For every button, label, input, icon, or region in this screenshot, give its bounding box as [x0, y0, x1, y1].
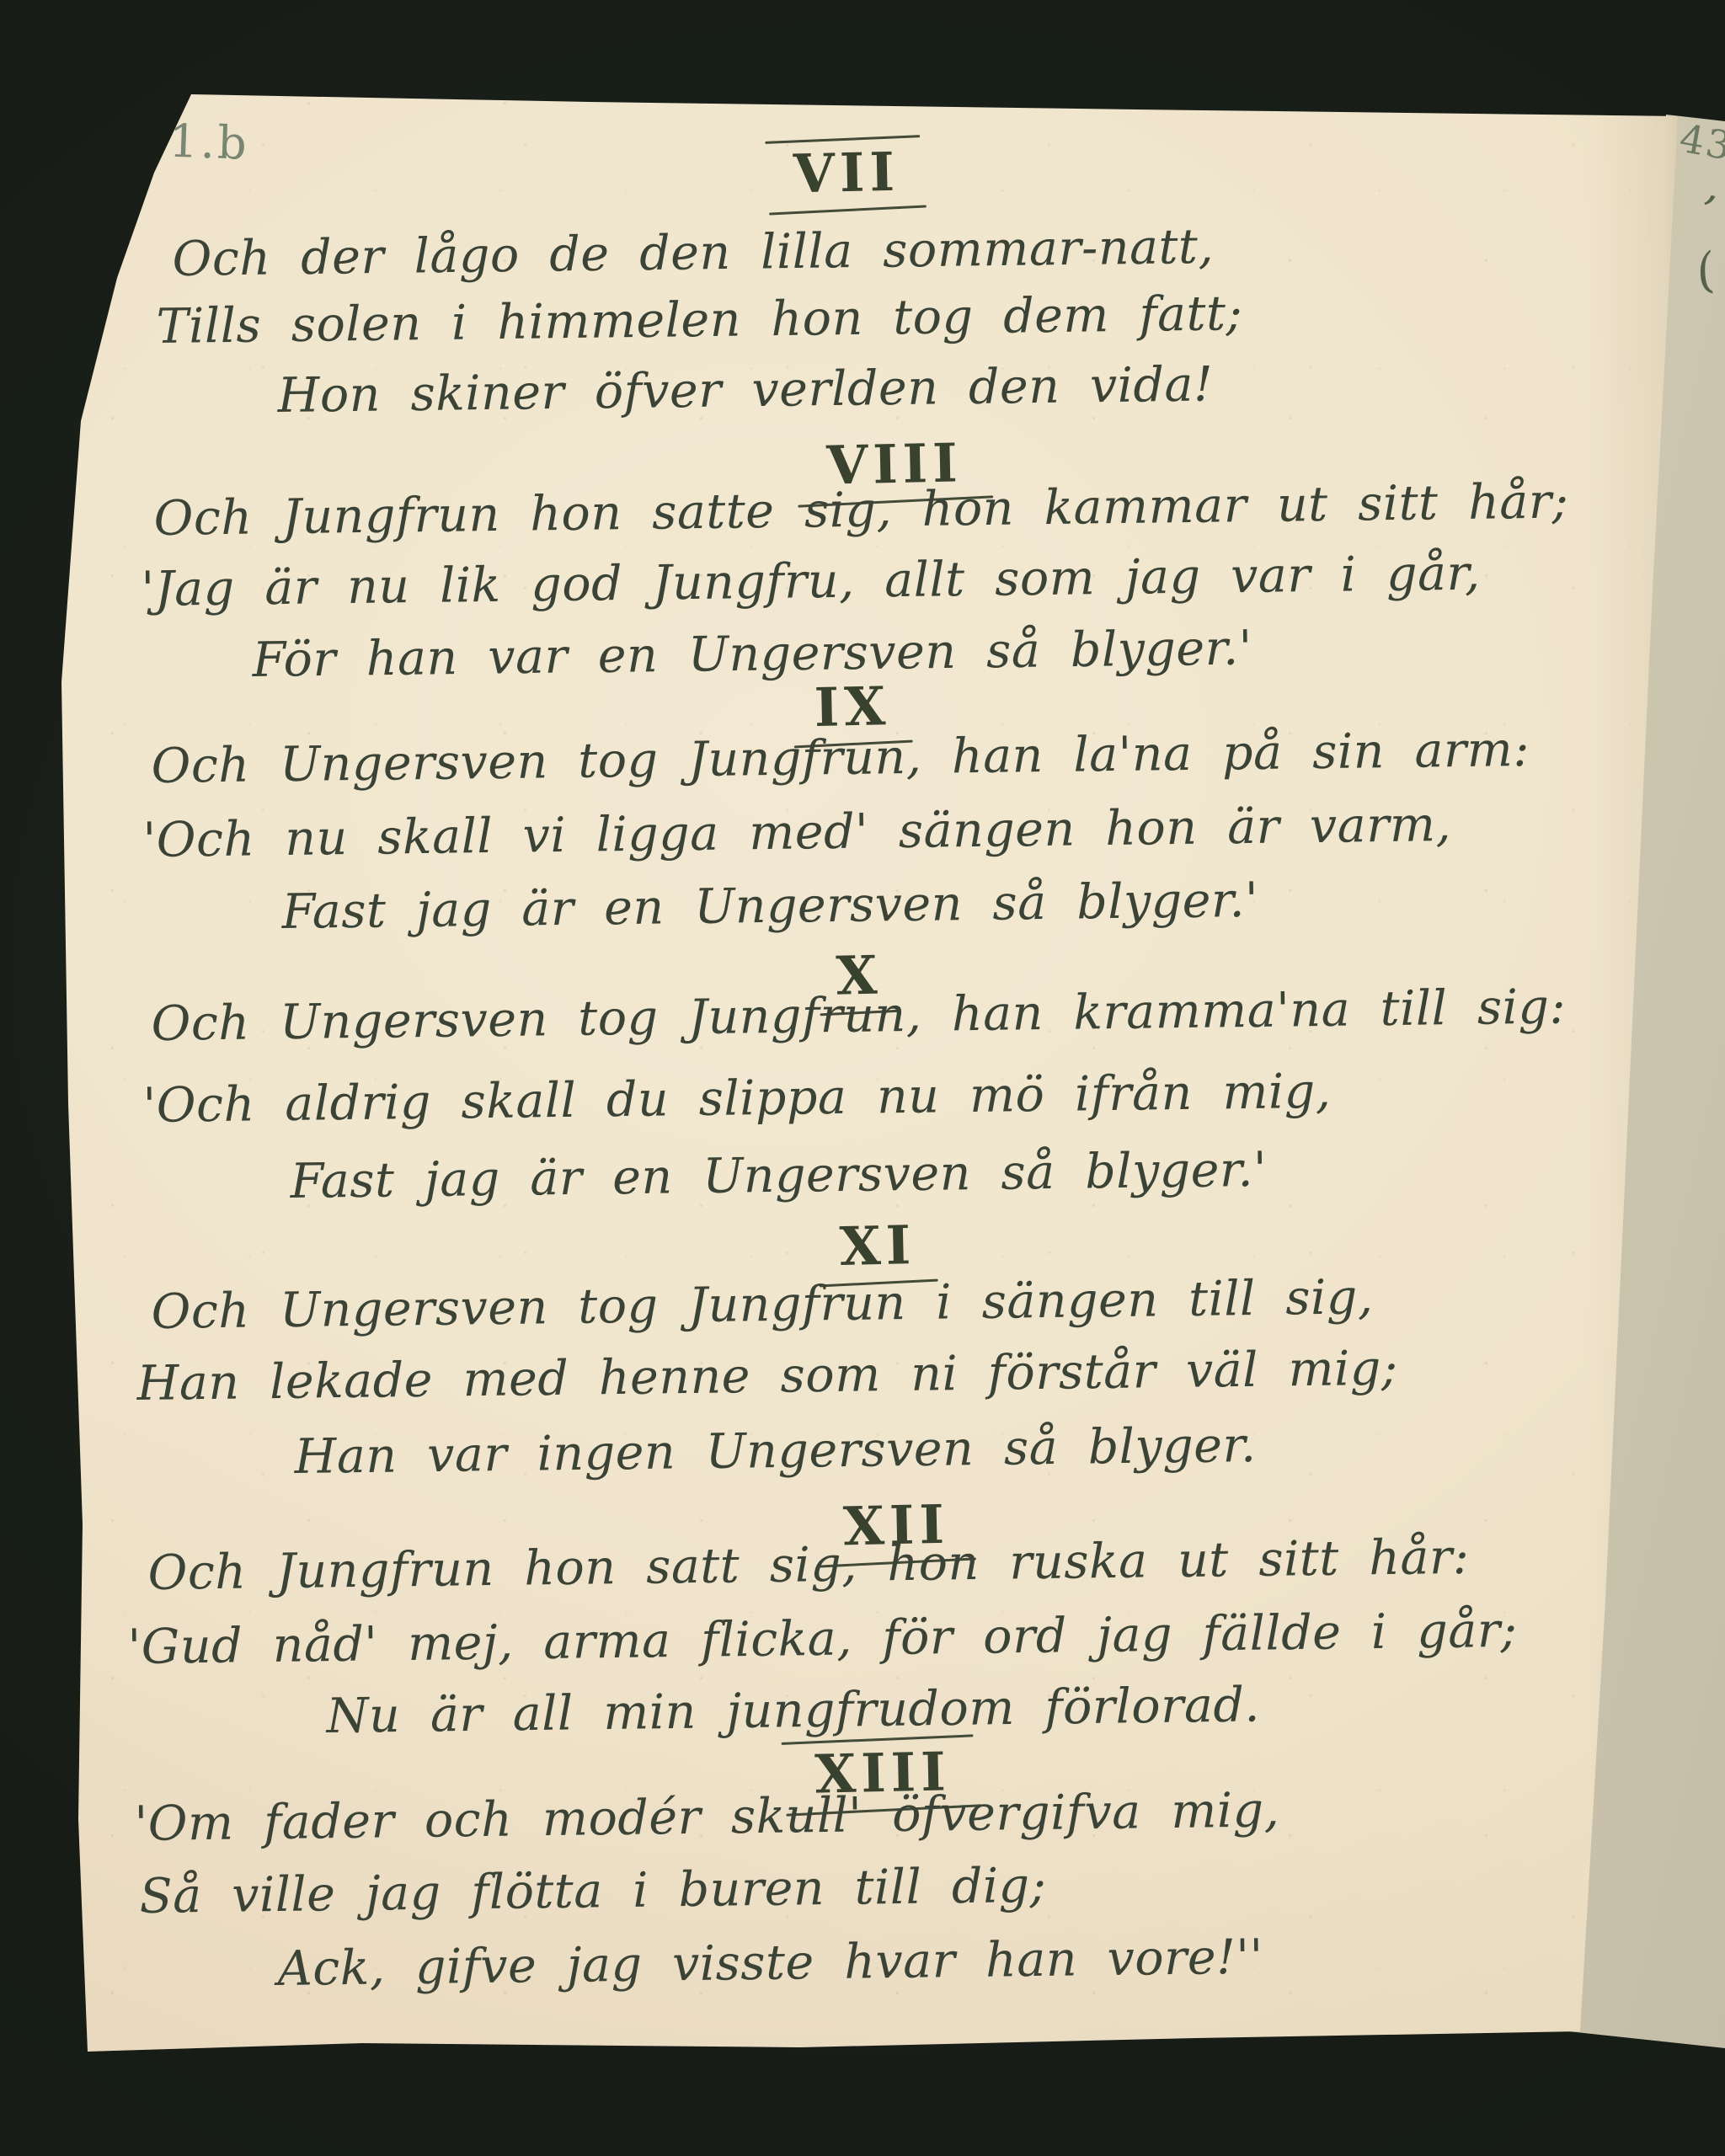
verse-line: Fast jag är en Ungersven så blyger.' — [281, 877, 1258, 937]
verse-line: Han var ingen Ungersven så blyger. — [294, 1422, 1257, 1481]
verse-line: Och Ungersven tog Jungfrun i sängen till… — [151, 1273, 1373, 1337]
stanza-numeral: XI — [830, 1212, 925, 1279]
verse-line: Så ville jag flötta i buren till dig; — [139, 1862, 1046, 1921]
verse-line: Tills solen i himmelen hon tog dem fatt; — [156, 290, 1242, 351]
scanned-manuscript-photo: 431. ’ ( 431.b VII Och der lågo de den l… — [0, 0, 1725, 2156]
verse-line: För han var en Ungersven så blyger.' — [252, 624, 1252, 685]
verse-line: 'Och aldrig skall du slippa nu mö ifrån … — [142, 1068, 1331, 1130]
archive-number-pencil: 431.b — [105, 112, 250, 170]
verse-line: Ack, gifve jag visste hvar han vore!'' — [277, 1934, 1263, 1993]
verse-line: Hon skiner öfver verlden den vida! — [277, 360, 1213, 420]
next-page-archive-number: 431. — [1676, 115, 1725, 176]
manuscript-page: 431.b VII Och der lågo de den lilla somm… — [0, 0, 1725, 2156]
next-page-ink-mark: ’ — [1694, 186, 1720, 238]
verse-line: Och der lågo de den lilla sommar-natt, — [172, 223, 1214, 284]
verse-line: Fast jag är en Ungersven så blyger.' — [290, 1146, 1267, 1206]
next-page-ink-mark: ( — [1690, 243, 1721, 300]
verse-line: 'Om fader och modér skull' öfvergifva mi… — [134, 1786, 1279, 1849]
verse-line: Nu är all min jungfrudom förlorad. — [326, 1681, 1260, 1741]
stanza-numeral: VII — [784, 138, 908, 206]
